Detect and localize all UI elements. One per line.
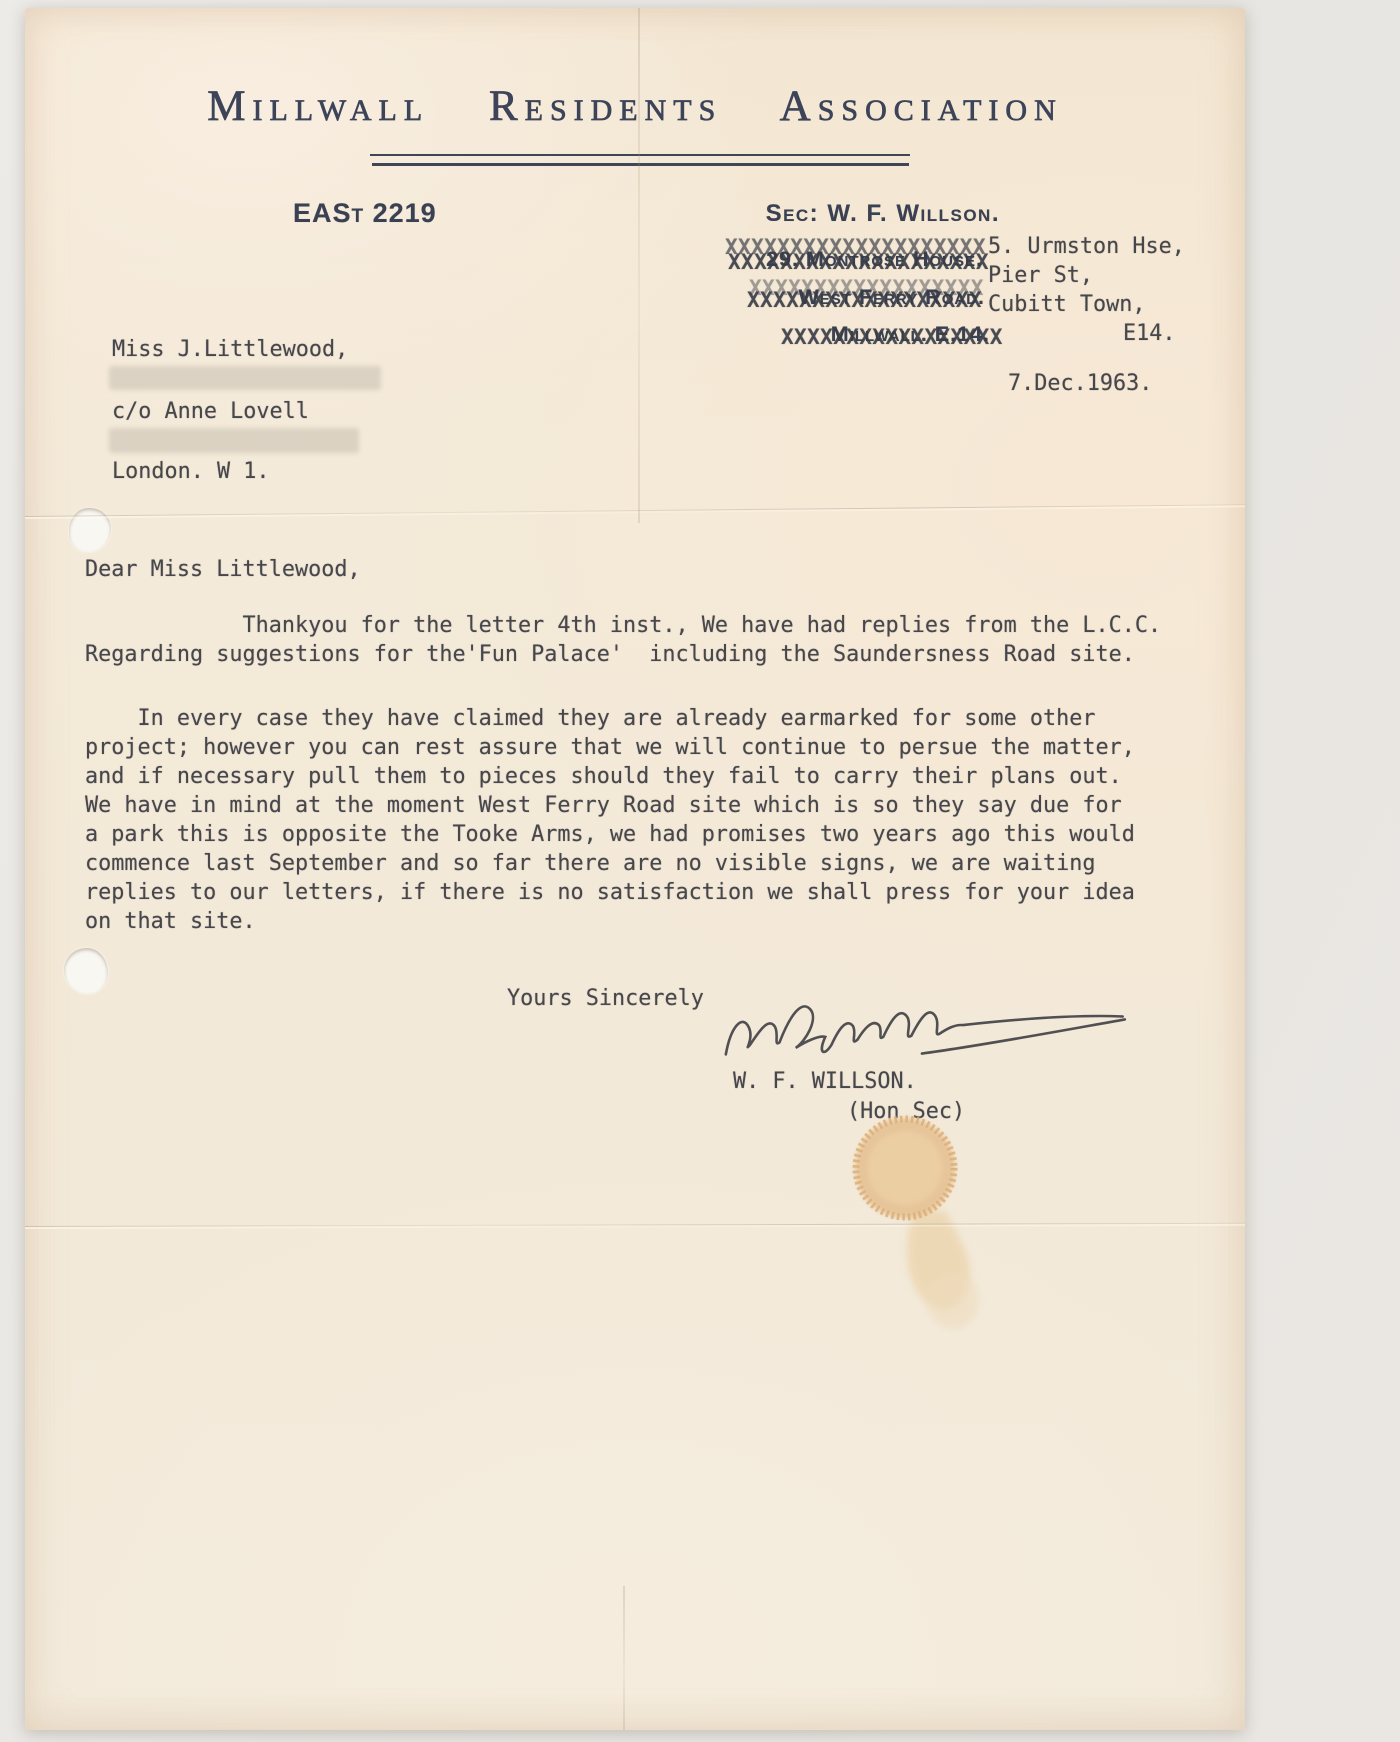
- strikeout-x-row-millwall: XXXXXXXXXXXXXXXXX: [781, 325, 1003, 349]
- recipient-co-line: c/o Anne Lovell: [112, 397, 309, 426]
- new-address-line-2: Pier St,: [988, 261, 1093, 290]
- strikeout-x-row-house: XXXXXXXXXXXXXXXXXXXX: [728, 250, 989, 274]
- letter-paper: Millwall Residents Association EASt 2219…: [25, 8, 1245, 1730]
- punch-hole-bottom: [64, 948, 108, 994]
- body-line: replies to our letters, if there is no s…: [85, 878, 1135, 907]
- redaction-bar-2: [109, 428, 359, 453]
- scan-background: { "palette": { "background": "#e9e7e3", …: [0, 0, 1400, 1742]
- recipient-name: Miss J.Littlewood,: [112, 335, 348, 364]
- body-line: a park this is opposite the Tooke Arms, …: [85, 820, 1135, 849]
- body-line: commence last September and so far there…: [85, 849, 1095, 878]
- body-line: Regarding suggestions for the'Fun Palace…: [85, 640, 1135, 669]
- body-line: We have in mind at the moment West Ferry…: [85, 791, 1122, 820]
- phone-number: EASt 2219: [293, 198, 437, 229]
- body-line: Thankyou for the letter 4th inst., We ha…: [85, 611, 1161, 640]
- strikeout-x-row-road: XXXXXXXXXXXXXXXXXX: [747, 288, 982, 312]
- body-line: and if necessary pull them to pieces sho…: [85, 762, 1122, 791]
- new-address-line-3: Cubitt Town,: [988, 290, 1145, 319]
- secretary-line: Sec: W. F. Willson.: [766, 200, 1000, 228]
- new-address-line-1: 5. Urmston Hse,: [988, 232, 1185, 261]
- new-address-postcode: E14.: [1123, 319, 1176, 348]
- body-line: project; however you can rest assure tha…: [85, 733, 1135, 762]
- center-crease-bottom: [623, 1586, 625, 1730]
- body-line: In every case they have claimed they are…: [85, 704, 1095, 733]
- fold-crease-upper: [25, 504, 1245, 519]
- body-line: on that site.: [85, 907, 256, 936]
- letterhead-rule-bottom: [372, 163, 909, 166]
- letter-date: 7.Dec.1963.: [1008, 369, 1152, 398]
- salutation: Dear Miss Littlewood,: [85, 555, 361, 584]
- center-crease-top: [638, 8, 640, 523]
- letterhead-rule-top: [370, 154, 910, 156]
- letterhead-title: Millwall Residents Association: [25, 82, 1245, 131]
- recipient-city-line: London. W 1.: [112, 457, 269, 486]
- signer-name: W. F. WILLSON.: [733, 1067, 917, 1096]
- redaction-bar-1: [109, 366, 381, 390]
- stain: [803, 1096, 1063, 1426]
